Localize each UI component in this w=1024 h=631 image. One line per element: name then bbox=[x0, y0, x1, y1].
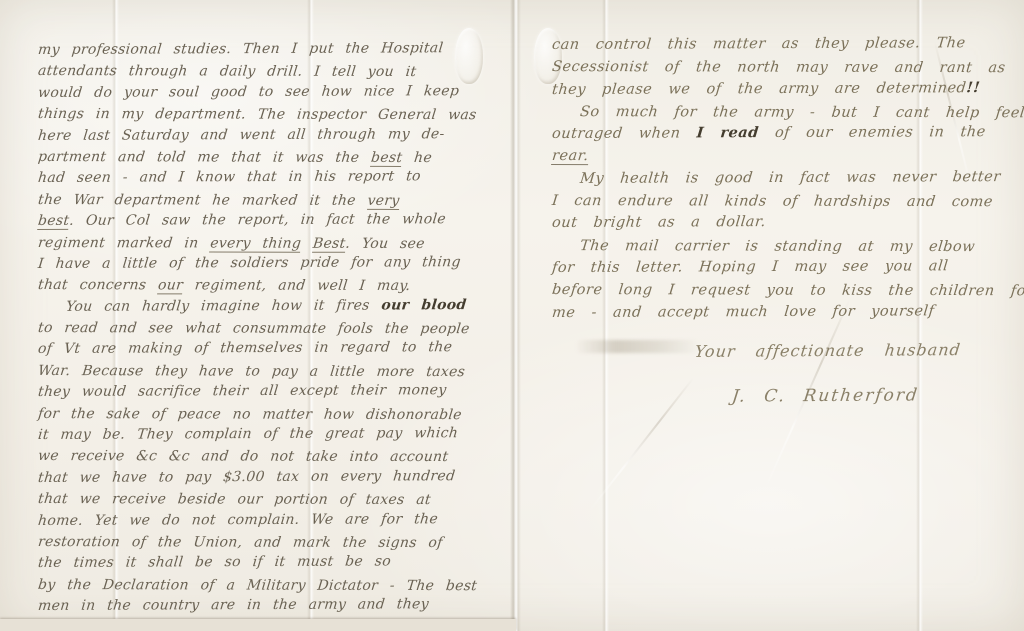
letter-line: for this letter. Hoping I may see you al… bbox=[551, 255, 1023, 279]
letter-text-segment: best bbox=[37, 213, 70, 230]
letter-text-segment: our blood bbox=[381, 297, 468, 313]
letter-line: I have a little of the soldiers pride fo… bbox=[37, 252, 517, 275]
paper-bottom-edge bbox=[0, 619, 516, 631]
letter-text-segment: me - and accept much love for yourself bbox=[551, 303, 935, 321]
letter-text-segment: out bright as a dollar. bbox=[551, 214, 766, 231]
letter-line: can control this matter as they please. … bbox=[551, 32, 1023, 56]
letter-text-segment: my professional studies. Then I put the … bbox=[37, 40, 444, 58]
letter-text-segment: of Vt are making of themselves in regard… bbox=[37, 340, 453, 358]
letter-text-segment: I read bbox=[696, 124, 760, 141]
letter-text-segment: the times it shall be so if it must be s… bbox=[37, 554, 392, 572]
letter-text-segment: Secessionist of the north may rave and r… bbox=[551, 59, 1006, 76]
letter-text-segment: things in my department. The inspector G… bbox=[37, 106, 477, 123]
signature-line: J. C. Rutherford bbox=[731, 385, 920, 406]
letter-text-segment: to read and see what consummate fools th… bbox=[37, 320, 470, 337]
letter-text-segment: can control this matter as they please. … bbox=[551, 35, 966, 53]
letter-line: the times it shall be so if it must be s… bbox=[37, 551, 517, 574]
letter-text-segment: would do your soul good to see how nice … bbox=[37, 83, 460, 101]
letter-text-segment: regiment, and well I may. bbox=[182, 278, 411, 295]
ink-bleed-smudge bbox=[575, 340, 700, 353]
letter-text-segment: regiment marked in bbox=[37, 235, 211, 251]
letter-line: You can hardly imagine how it fires our … bbox=[37, 295, 517, 318]
letter-page-left: my professional studies. Then I put the … bbox=[38, 40, 516, 618]
letter-sheet: my professional studies. Then I put the … bbox=[0, 0, 1024, 631]
letter-line: outraged when I read of our enemies in t… bbox=[551, 121, 1023, 145]
letter-text-segment: home. Yet we do not complain. We are for… bbox=[37, 511, 439, 529]
letter-line: here last Saturday and went all through … bbox=[37, 123, 517, 146]
letter-text-segment: men in the country are in the army and t… bbox=[37, 596, 429, 614]
letter-line: that we have to pay $3.00 tax on every h… bbox=[37, 466, 517, 489]
closing-line: Your affectionate husband bbox=[694, 340, 962, 361]
letter-line: they please we of the army are determine… bbox=[551, 77, 1023, 101]
letter-text-segment: restoration of the Union, and mark the s… bbox=[37, 534, 443, 551]
letter-text-segment: they would sacrifice their all except th… bbox=[37, 382, 447, 400]
letter-text-segment: before long I request you to kiss the ch… bbox=[551, 282, 1024, 299]
letter-line: they would sacrifice their all except th… bbox=[37, 380, 517, 403]
letter-line: would do your soul good to see how nice … bbox=[37, 81, 517, 104]
letter-text-segment: !! bbox=[966, 79, 981, 96]
letter-line: of Vt are making of themselves in regard… bbox=[37, 337, 517, 360]
letter-text-segment: had seen - and I know that in his report… bbox=[37, 169, 421, 187]
letter-text-segment: he bbox=[401, 150, 432, 166]
letter-page-right: can control this matter as they please. … bbox=[552, 34, 1022, 324]
letter-line: home. Yet we do not complain. We are for… bbox=[37, 509, 517, 532]
letter-line: out bright as a dollar. bbox=[551, 210, 1023, 234]
letter-text-segment: here last Saturday and went all through … bbox=[37, 126, 445, 144]
letter-text-segment: by the Declaration of a Military Dictato… bbox=[37, 577, 478, 594]
letter-text-segment: best bbox=[370, 150, 403, 167]
letter-text-segment: every thing bbox=[209, 235, 302, 252]
letter-line: it may be. They complain of the great pa… bbox=[37, 423, 517, 446]
letter-text-segment: You can hardly imagine how it fires bbox=[65, 297, 382, 314]
letter-text-segment: Best bbox=[312, 235, 346, 252]
letter-text-segment: partment and told me that it was the bbox=[37, 149, 372, 166]
letter-text-segment: . Our Col saw the report, in fact the wh… bbox=[69, 211, 447, 229]
letter-text-segment: we receive &c &c and do not take into ac… bbox=[37, 448, 449, 465]
letter-line: before long I request you to kiss the ch… bbox=[551, 279, 1023, 303]
letter-text-segment: for this letter. Hoping I may see you al… bbox=[551, 258, 949, 276]
letter-text-segment: they please we of the army are determine… bbox=[551, 80, 967, 98]
letter-text-segment: I can endure all kinds of hardships and … bbox=[551, 193, 994, 210]
letter-text-segment: very bbox=[367, 193, 401, 210]
letter-text-segment: So much for the army - but I cant help f… bbox=[579, 104, 1024, 121]
letter-line: men in the country are in the army and t… bbox=[37, 594, 517, 617]
letter-text-segment: outraged when bbox=[551, 126, 697, 143]
letter-text-segment: attendants through a daily drill. I tell… bbox=[37, 63, 417, 80]
letter-text-segment: that we have to pay $3.00 tax on every h… bbox=[37, 468, 456, 486]
letter-text-segment: The mail carrier is standing at my elbow bbox=[579, 238, 976, 255]
letter-line: My health is good in fact was never bett… bbox=[551, 166, 1023, 190]
letter-text-segment: rear. bbox=[551, 148, 589, 165]
letter-text-segment: . You see bbox=[345, 235, 426, 251]
letter-line: me - and accept much love for yourself bbox=[551, 300, 1023, 324]
letter-text-segment: for the sake of peace no matter how dish… bbox=[37, 406, 462, 423]
letter-line: my professional studies. Then I put the … bbox=[37, 38, 517, 61]
letter-text-segment: My health is good in fact was never bett… bbox=[579, 169, 1001, 187]
letter-line: best. Our Col saw the report, in fact th… bbox=[37, 209, 517, 232]
letter-text-segment: of our enemies in the bbox=[758, 124, 986, 141]
letter-text-segment: it may be. They complain of the great pa… bbox=[37, 425, 459, 443]
letter-text-segment: that we receive beside our portion of ta… bbox=[37, 491, 432, 508]
letter-text-segment: War. Because they have to pay a little m… bbox=[37, 363, 466, 380]
letter-text-segment: our bbox=[157, 278, 184, 295]
letter-text-segment: the War department he marked it the bbox=[37, 192, 368, 209]
letter-text-segment: I have a little of the soldiers pride fo… bbox=[37, 254, 461, 272]
letter-text-segment: that concerns bbox=[37, 277, 159, 293]
letter-line: had seen - and I know that in his report… bbox=[37, 166, 517, 189]
